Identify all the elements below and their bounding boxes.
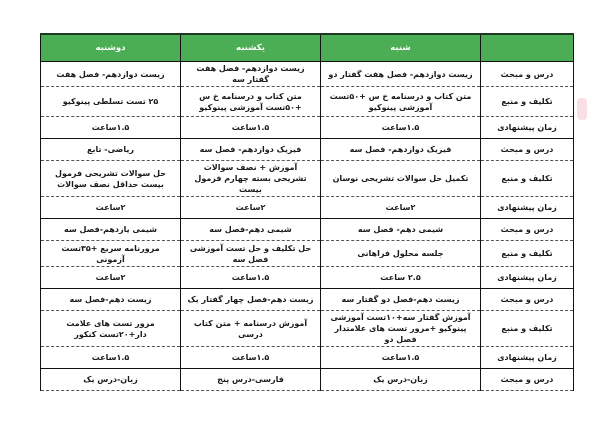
cell-saturday: شیمی دهم- فصل سه [321,219,481,241]
table-row: تکلیف و منبع متن کتاب و درسنامه خ س +۵۰ت… [41,87,574,117]
cell-saturday: زیست دهم-فصل دو گفتار سه [321,289,481,311]
cell-saturday: ۱.۵ساعت [321,347,481,369]
table-row: درس و مبحث زیست دوازدهم- فصل هفت گفتار د… [41,62,574,87]
cell-monday: ۲ساعت [41,267,181,289]
row-label: زمان پیشنهادی [481,347,574,369]
cell-monday: زیست دوازدهم- فصل هفت [41,62,181,87]
cell-sunday: زیست دوازدهم- فصل هفت گفتار سه [181,62,321,87]
cell-sunday: متن کتاب و درسنامه خ س +۵۰تست آموزشی پین… [181,87,321,117]
row-label: درس و مبحث [481,219,574,241]
table-row: زمان پیشنهادی ۲.۵ ساعت ۱.۵ساعت ۲ساعت [41,267,574,289]
day-header-saturday: شنبه [321,34,481,62]
cell-sunday: ۱.۵ساعت [181,117,321,139]
table-row: درس و مبحث فیزیک دوازدهم- فصل سه فیزیک د… [41,139,574,161]
row-label: تکلیف و منبع [481,161,574,197]
cell-monday: ۱.۵ساعت [41,117,181,139]
cell-monday: مرورنامه سریع +۳۵تست آزمونی [41,241,181,267]
day-header-sunday: یکشنبه [181,34,321,62]
row-label: درس و مبحث [481,139,574,161]
cell-saturday: ۱.۵ساعت [321,117,481,139]
table-row: درس و مبحث زبان-درس یک فارسی-درس پنج زبا… [41,369,574,391]
document-page: شنبه یکشنبه دوشنبه درس و مبحث زیست دوازد… [0,0,591,428]
table-row: زمان پیشنهادی ۱.۵ساعت ۱.۵ساعت ۱.۵ساعت [41,117,574,139]
table-row: تکلیف و منبع جلسه محلول فراهانی حل تکلیف… [41,241,574,267]
row-label: زمان پیشنهادی [481,117,574,139]
table-row: درس و مبحث زیست دهم-فصل دو گفتار سه زیست… [41,289,574,311]
cell-monday: ۲۵ تست تسلطی پینوکیو [41,87,181,117]
row-label: تکلیف و منبع [481,241,574,267]
cell-saturday: متن کتاب و درسنامه خ س +۵۰تست آموزشی پین… [321,87,481,117]
cell-sunday: شیمی دهم-فصل سه [181,219,321,241]
row-label: درس و مبحث [481,62,574,87]
cell-sunday: آموزش + نصف سوالات تشریحی بسته چهارم فرم… [181,161,321,197]
cell-sunday: فارسی-درس پنج [181,369,321,391]
day-header-monday: دوشنبه [41,34,181,62]
table-row: تکلیف و منبع آموزش گفتار سه+۱۰تست آموزشی… [41,311,574,347]
cell-saturday: ۲ساعت [321,197,481,219]
cell-saturday: زبان-درس یک [321,369,481,391]
header-corner-cell [481,34,574,62]
cell-sunday: حل تکلیف و حل تست آموزشی فصل سه [181,241,321,267]
row-label: تکلیف و منبع [481,311,574,347]
row-label: درس و مبحث [481,369,574,391]
cell-sunday: آموزش درسنامه + متن کتاب درسی [181,311,321,347]
cell-monday: حل سوالات تشریحی فرمول بیست حداقل نصف سو… [41,161,181,197]
cell-sunday: زیست دهم-فصل چهار گفتار یک [181,289,321,311]
table-row: تکلیف و منبع تکمیل حل سوالات تشریحی نوسا… [41,161,574,197]
cell-monday: زبان-درس یک [41,369,181,391]
cell-monday: ۱.۵ساعت [41,347,181,369]
cell-monday: شیمی یازدهم-فصل سه [41,219,181,241]
table-row: درس و مبحث شیمی دهم- فصل سه شیمی دهم-فصل… [41,219,574,241]
cell-saturday: جلسه محلول فراهانی [321,241,481,267]
row-label: تکلیف و منبع [481,87,574,117]
cell-sunday: ۱.۵ساعت [181,347,321,369]
row-label: درس و مبحث [481,289,574,311]
table-row: زمان پیشنهادی ۲ساعت ۲ساعت ۲ساعت [41,197,574,219]
cell-monday: مرور تست های علامت دار+۲۰تست کنکور [41,311,181,347]
cell-monday: ریاضی- تابع [41,139,181,161]
row-label: زمان پیشنهادی [481,267,574,289]
table-row: زمان پیشنهادی ۱.۵ساعت ۱.۵ساعت ۱.۵ساعت [41,347,574,369]
cell-saturday: زیست دوازدهم- فصل هفت گفتار دو [321,62,481,87]
cell-saturday: آموزش گفتار سه+۱۰تست آموزشی پینوکیو +مرو… [321,311,481,347]
cell-monday: ۲ساعت [41,197,181,219]
cell-sunday: ۲ساعت [181,197,321,219]
pink-smudge-artifact [577,98,587,120]
cell-monday: زیست دهم-فصل سه [41,289,181,311]
row-label: زمان پیشنهادی [481,197,574,219]
header-row: شنبه یکشنبه دوشنبه [41,34,574,62]
cell-sunday: ۱.۵ساعت [181,267,321,289]
cell-saturday: ۲.۵ ساعت [321,267,481,289]
cell-sunday: فیزیک دوازدهم- فصل سه [181,139,321,161]
cell-saturday: فیزیک دوازدهم- فصل سه [321,139,481,161]
study-schedule-table: شنبه یکشنبه دوشنبه درس و مبحث زیست دوازد… [40,33,574,391]
cell-saturday: تکمیل حل سوالات تشریحی نوسان [321,161,481,197]
